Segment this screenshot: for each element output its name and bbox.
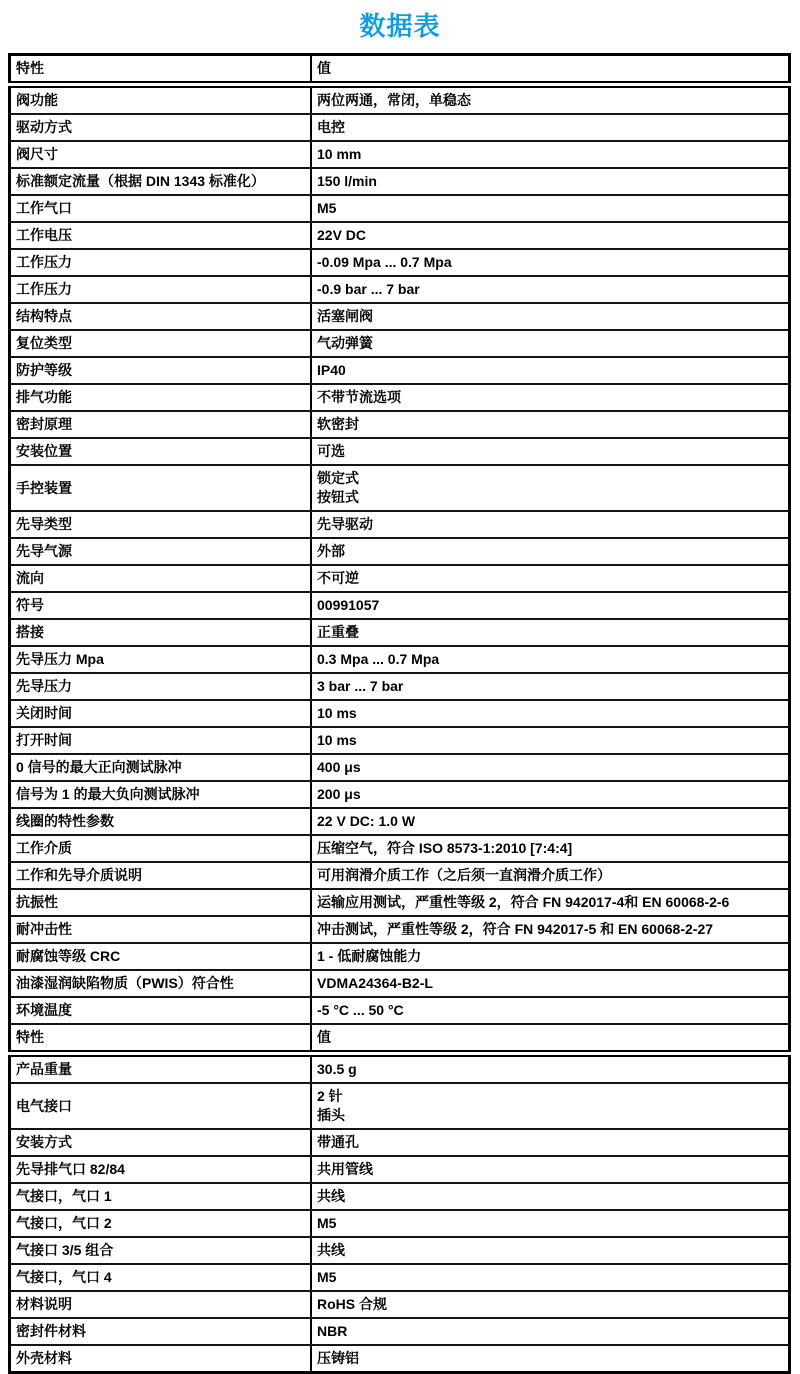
table-row: 材料说明RoHS 合规 [10, 1291, 790, 1318]
value-cell: 2 针插头 [311, 1083, 790, 1129]
property-cell: 工作电压 [10, 222, 312, 249]
property-cell: 工作介质 [10, 835, 312, 862]
table-row: 搭接正重叠 [10, 619, 790, 646]
property-cell: 材料说明 [10, 1291, 312, 1318]
table-row: 手控装置锁定式按钮式 [10, 465, 790, 511]
value-cell: -0.9 bar ... 7 bar [311, 276, 790, 303]
table-row: 气接口，气口 4M5 [10, 1264, 790, 1291]
table-row: 关闭时间10 ms [10, 700, 790, 727]
value-cell: 共线 [311, 1237, 790, 1264]
value-cell: -5 °C ... 50 °C [311, 997, 790, 1024]
property-cell: 气接口，气口 1 [10, 1183, 312, 1210]
property-cell: 抗振性 [10, 889, 312, 916]
value-cell: 冲击测试，严重性等级 2，符合 FN 942017-5 和 EN 60068-2… [311, 916, 790, 943]
value-cell: IP40 [311, 357, 790, 384]
property-cell: 结构特点 [10, 303, 312, 330]
property-cell: 复位类型 [10, 330, 312, 357]
value-cell: 锁定式按钮式 [311, 465, 790, 511]
header-value-cell: 值 [311, 55, 790, 85]
value-line: 按钮式 [317, 488, 782, 507]
table-row: 工作压力-0.9 bar ... 7 bar [10, 276, 790, 303]
property-cell: 标准额定流量（根据 DIN 1343 标准化） [10, 168, 312, 195]
table-row: 工作电压22V DC [10, 222, 790, 249]
table-row: 先导气源外部 [10, 538, 790, 565]
property-cell: 先导气源 [10, 538, 312, 565]
table-row: 复位类型气动弹簧 [10, 330, 790, 357]
table-row: 标准额定流量（根据 DIN 1343 标准化）150 l/min [10, 168, 790, 195]
table-row: 密封原理软密封 [10, 411, 790, 438]
header-property-cell: 特性 [10, 55, 312, 85]
property-cell: 密封原理 [10, 411, 312, 438]
table-row: 油漆湿润缺陷物质（PWIS）符合性VDMA24364-B2-L [10, 970, 790, 997]
property-cell: 安装位置 [10, 438, 312, 465]
value-line: 2 针 [317, 1087, 782, 1106]
value-cell: 共用管线 [311, 1156, 790, 1183]
table-row: 气接口，气口 1共线 [10, 1183, 790, 1210]
table-row: 电气接口2 针插头 [10, 1083, 790, 1129]
table-row: 驱动方式电控 [10, 114, 790, 141]
property-cell: 环境温度 [10, 997, 312, 1024]
value-cell: 带通孔 [311, 1129, 790, 1156]
property-cell: 信号为 1 的最大负向测试脉冲 [10, 781, 312, 808]
value-cell: RoHS 合规 [311, 1291, 790, 1318]
table-row: 耐腐蚀等级 CRC1 - 低耐腐蚀能力 [10, 943, 790, 970]
property-cell: 手控装置 [10, 465, 312, 511]
value-cell: 软密封 [311, 411, 790, 438]
property-cell: 密封件材料 [10, 1318, 312, 1345]
property-cell: 安装方式 [10, 1129, 312, 1156]
value-cell: 活塞闸阀 [311, 303, 790, 330]
value-cell: M5 [311, 1264, 790, 1291]
property-cell: 排气功能 [10, 384, 312, 411]
value-cell: 10 mm [311, 141, 790, 168]
table-row: 结构特点活塞闸阀 [10, 303, 790, 330]
property-cell: 符号 [10, 592, 312, 619]
header-property-cell: 特性 [10, 1024, 312, 1054]
value-cell: 150 l/min [311, 168, 790, 195]
value-cell: 不可逆 [311, 565, 790, 592]
value-cell: 10 ms [311, 727, 790, 754]
table-row: 环境温度-5 °C ... 50 °C [10, 997, 790, 1024]
table-row: 线圈的特性参数22 V DC: 1.0 W [10, 808, 790, 835]
table-row: 符号00991057 [10, 592, 790, 619]
property-cell: 气接口，气口 2 [10, 1210, 312, 1237]
table-row: 工作介质压缩空气，符合 ISO 8573-1:2010 [7:4:4] [10, 835, 790, 862]
property-cell: 工作和先导介质说明 [10, 862, 312, 889]
value-line: 插头 [317, 1106, 782, 1125]
property-cell: 阀功能 [10, 85, 312, 115]
table-header-row: 特性值 [10, 55, 790, 85]
table-row: 流向不可逆 [10, 565, 790, 592]
value-cell: 00991057 [311, 592, 790, 619]
value-cell: 可选 [311, 438, 790, 465]
property-cell: 外壳材料 [10, 1345, 312, 1373]
value-cell: 30.5 g [311, 1054, 790, 1084]
value-cell: 可用润滑介质工作（之后须一直润滑介质工作） [311, 862, 790, 889]
property-cell: 耐冲击性 [10, 916, 312, 943]
value-cell: 22V DC [311, 222, 790, 249]
value-cell: -0.09 Mpa ... 0.7 Mpa [311, 249, 790, 276]
property-cell: 先导压力 Mpa [10, 646, 312, 673]
spec-table: 特性值阀功能两位两通，常闭，单稳态驱动方式电控阀尺寸10 mm标准额定流量（根据… [8, 53, 791, 1374]
header-value-cell: 值 [311, 1024, 790, 1054]
table-row: 气接口，气口 2M5 [10, 1210, 790, 1237]
table-header-row: 特性值 [10, 1024, 790, 1054]
table-row: 先导压力 Mpa0.3 Mpa ... 0.7 Mpa [10, 646, 790, 673]
value-cell: 压缩空气，符合 ISO 8573-1:2010 [7:4:4] [311, 835, 790, 862]
value-cell: VDMA24364-B2-L [311, 970, 790, 997]
table-row: 0 信号的最大正向测试脉冲400 μs [10, 754, 790, 781]
table-row: 安装位置可选 [10, 438, 790, 465]
property-cell: 电气接口 [10, 1083, 312, 1129]
property-cell: 阀尺寸 [10, 141, 312, 168]
property-cell: 关闭时间 [10, 700, 312, 727]
table-row: 先导类型先导驱动 [10, 511, 790, 538]
value-cell: 正重叠 [311, 619, 790, 646]
value-cell: 400 μs [311, 754, 790, 781]
property-cell: 打开时间 [10, 727, 312, 754]
value-cell: 先导驱动 [311, 511, 790, 538]
table-row: 密封件材料NBR [10, 1318, 790, 1345]
table-row: 阀尺寸10 mm [10, 141, 790, 168]
table-row: 阀功能两位两通，常闭，单稳态 [10, 85, 790, 115]
property-cell: 先导类型 [10, 511, 312, 538]
property-cell: 0 信号的最大正向测试脉冲 [10, 754, 312, 781]
value-cell: NBR [311, 1318, 790, 1345]
value-cell: 1 - 低耐腐蚀能力 [311, 943, 790, 970]
property-cell: 防护等级 [10, 357, 312, 384]
page-title: 数据表 [0, 6, 800, 43]
value-cell: 0.3 Mpa ... 0.7 Mpa [311, 646, 790, 673]
value-line: 锁定式 [317, 469, 782, 488]
property-cell: 线圈的特性参数 [10, 808, 312, 835]
property-cell: 油漆湿润缺陷物质（PWIS）符合性 [10, 970, 312, 997]
value-cell: 共线 [311, 1183, 790, 1210]
property-cell: 耐腐蚀等级 CRC [10, 943, 312, 970]
table-row: 信号为 1 的最大负向测试脉冲200 μs [10, 781, 790, 808]
property-cell: 气接口，气口 4 [10, 1264, 312, 1291]
value-cell: M5 [311, 195, 790, 222]
property-cell: 气接口 3/5 组合 [10, 1237, 312, 1264]
value-cell: 22 V DC: 1.0 W [311, 808, 790, 835]
value-cell: 电控 [311, 114, 790, 141]
table-row: 外壳材料压铸铝 [10, 1345, 790, 1373]
value-cell: 运输应用测试，严重性等级 2，符合 FN 942017-4和 EN 60068-… [311, 889, 790, 916]
property-cell: 先导压力 [10, 673, 312, 700]
table-row: 先导排气口 82/84共用管线 [10, 1156, 790, 1183]
table-row: 防护等级IP40 [10, 357, 790, 384]
property-cell: 搭接 [10, 619, 312, 646]
property-cell: 驱动方式 [10, 114, 312, 141]
value-cell: 不带节流选项 [311, 384, 790, 411]
value-cell: 200 μs [311, 781, 790, 808]
value-cell: 3 bar ... 7 bar [311, 673, 790, 700]
table-row: 产品重量30.5 g [10, 1054, 790, 1084]
table-row: 排气功能不带节流选项 [10, 384, 790, 411]
value-cell: 外部 [311, 538, 790, 565]
property-cell: 产品重量 [10, 1054, 312, 1084]
datasheet-page: 数据表 特性值阀功能两位两通，常闭，单稳态驱动方式电控阀尺寸10 mm标准额定流… [0, 6, 800, 1374]
property-cell: 流向 [10, 565, 312, 592]
property-cell: 工作气口 [10, 195, 312, 222]
table-row: 耐冲击性冲击测试，严重性等级 2，符合 FN 942017-5 和 EN 600… [10, 916, 790, 943]
property-cell: 先导排气口 82/84 [10, 1156, 312, 1183]
table-row: 安装方式带通孔 [10, 1129, 790, 1156]
property-cell: 工作压力 [10, 276, 312, 303]
table-row: 抗振性运输应用测试，严重性等级 2，符合 FN 942017-4和 EN 600… [10, 889, 790, 916]
value-cell: 压铸铝 [311, 1345, 790, 1373]
table-row: 先导压力3 bar ... 7 bar [10, 673, 790, 700]
value-cell: 10 ms [311, 700, 790, 727]
table-row: 气接口 3/5 组合共线 [10, 1237, 790, 1264]
property-cell: 工作压力 [10, 249, 312, 276]
value-cell: 两位两通，常闭，单稳态 [311, 85, 790, 115]
table-row: 工作压力-0.09 Mpa ... 0.7 Mpa [10, 249, 790, 276]
table-row: 打开时间10 ms [10, 727, 790, 754]
table-row: 工作和先导介质说明可用润滑介质工作（之后须一直润滑介质工作） [10, 862, 790, 889]
value-cell: M5 [311, 1210, 790, 1237]
table-row: 工作气口M5 [10, 195, 790, 222]
value-cell: 气动弹簧 [311, 330, 790, 357]
